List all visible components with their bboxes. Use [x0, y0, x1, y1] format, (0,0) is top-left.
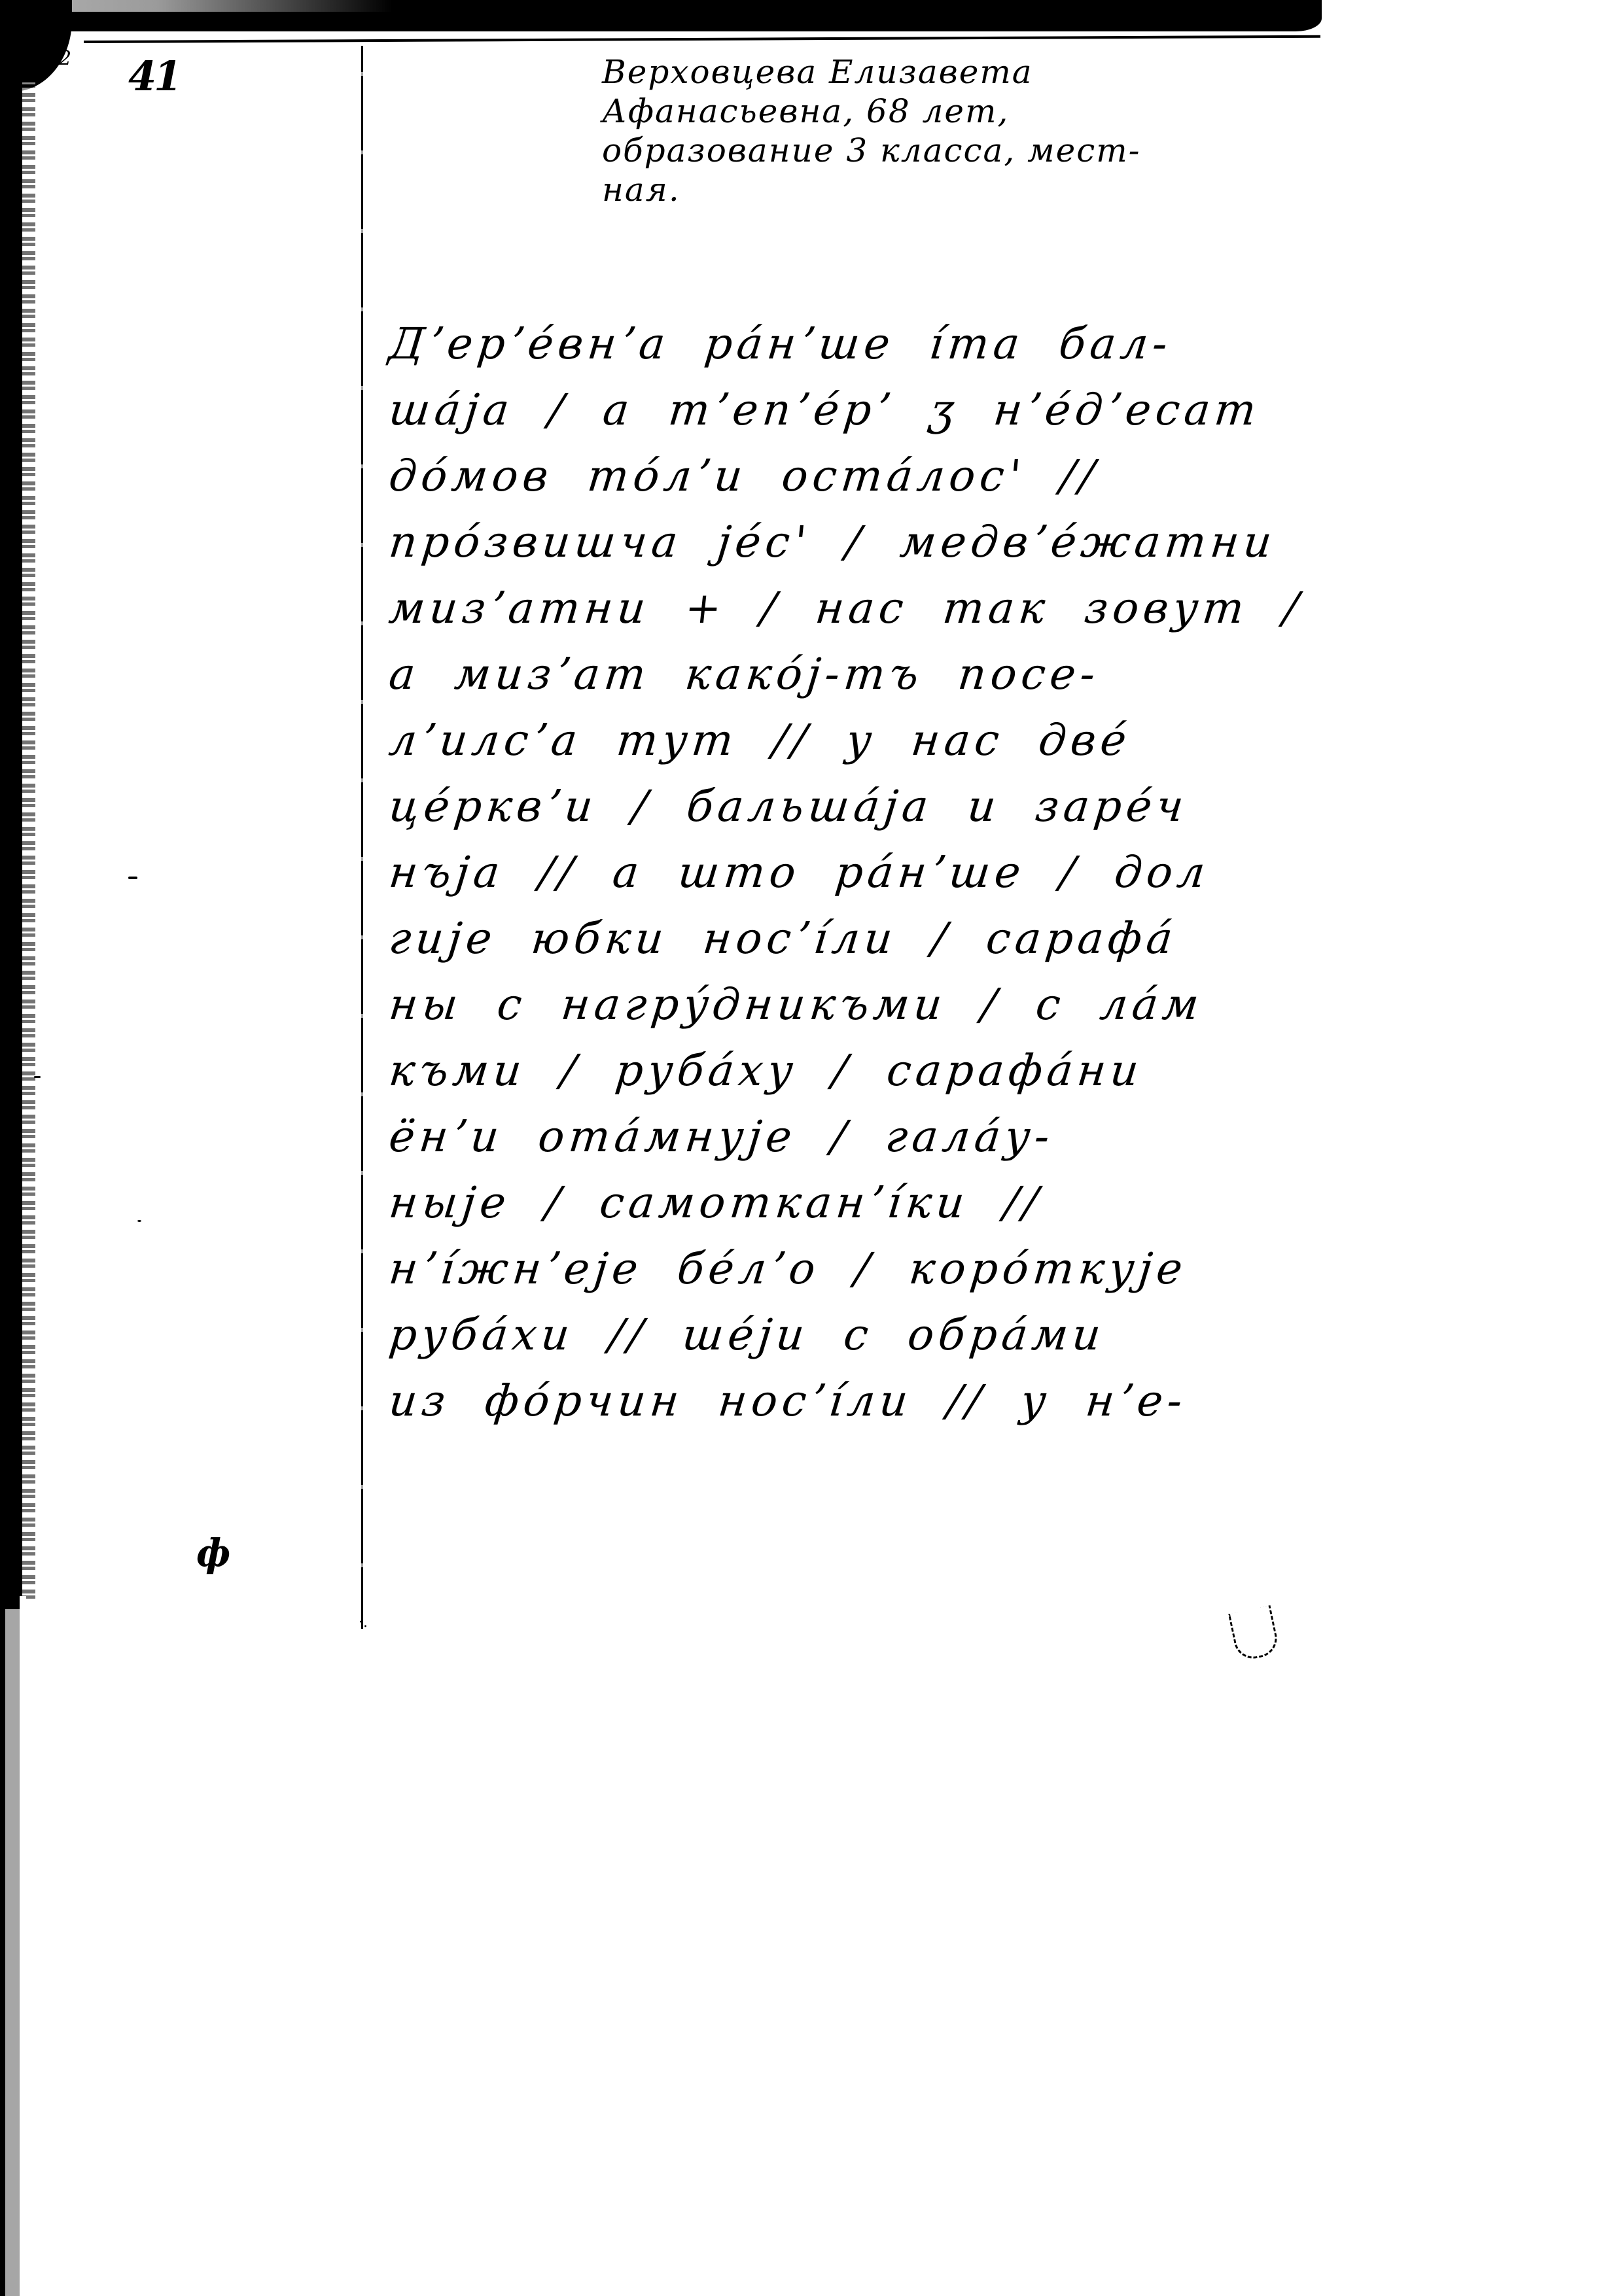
header-line: Верховцева Елизавета: [602, 52, 1387, 92]
top-rule-line: [84, 35, 1320, 43]
stray-pencil-mark: [1228, 1605, 1280, 1662]
transcription-line: из фóрчин носʼíли // у нʼе-: [386, 1368, 1375, 1434]
header-line: образование 3 класса, мест-: [602, 131, 1387, 170]
margin-ink-dots: ·.: [359, 1616, 368, 1630]
transcription-line: дóмов тóлʼи остáлос' //: [386, 443, 1375, 509]
transcription-body: Дʼерʼéвнʼа рáнʼше ímа бал- шáја / а тʼеп…: [389, 311, 1371, 1434]
transcription-line: шáја / а тʼепʼéрʼ ʒ нʼéдʼесат: [386, 377, 1375, 443]
transcription-line: прóзвишча јéс' / медвʼéжатни: [386, 509, 1375, 575]
transcription-line: ны с нагрýдникъми / с лáм: [386, 971, 1375, 1037]
header-line: Афанасьевна, 68 лет,: [602, 92, 1387, 131]
scan-speck: [34, 1076, 41, 1078]
transcription-line: ёнʼи отáмнуjе / галáу-: [386, 1104, 1375, 1170]
page-number: 41: [128, 52, 179, 100]
page-edge-texture: [22, 78, 35, 1603]
transcription-line: къми / рубáху / сарафáни: [386, 1037, 1375, 1104]
transcription-line: нʼíжнʼеје бéлʼо / корóткуjе: [386, 1236, 1375, 1302]
scan-border-corner: [0, 0, 72, 92]
margin-annotation-symbol: ф: [196, 1531, 230, 1575]
transcription-line: Дʼерʼéвнʼа рáнʼше ímа бал-: [386, 311, 1375, 377]
transcription-line: мизʼатни + / нас так зовут /: [386, 575, 1375, 641]
margin-rule-line: [361, 46, 363, 1629]
transcription-line: рубáхи // шéjи с обрáми: [386, 1302, 1375, 1368]
corner-mark: 2: [59, 47, 71, 70]
scan-speck: [137, 1220, 141, 1222]
transcription-line: цéрквʼи / бальшáја и зарéч: [386, 773, 1375, 839]
scan-speck: [128, 877, 137, 879]
transcription-line: нъја // а што рáнʼше / дол: [386, 839, 1375, 905]
informant-header: Верховцева Елизавета Афанасьевна, 68 лет…: [602, 52, 1387, 209]
transcription-line: ныjе / самотканʼíки //: [386, 1170, 1375, 1236]
transcription-line: а мизʼат какóј-тъ посе-: [386, 641, 1375, 707]
header-line: ная.: [602, 170, 1387, 209]
scan-border-left-lower: [0, 1596, 26, 2296]
scan-border-left: [0, 0, 22, 1609]
transcription-line: гиjе юбки носʼíли / сарафá: [386, 905, 1375, 971]
transcription-line: лʼилсʼа тут // у нас двé: [386, 707, 1375, 773]
